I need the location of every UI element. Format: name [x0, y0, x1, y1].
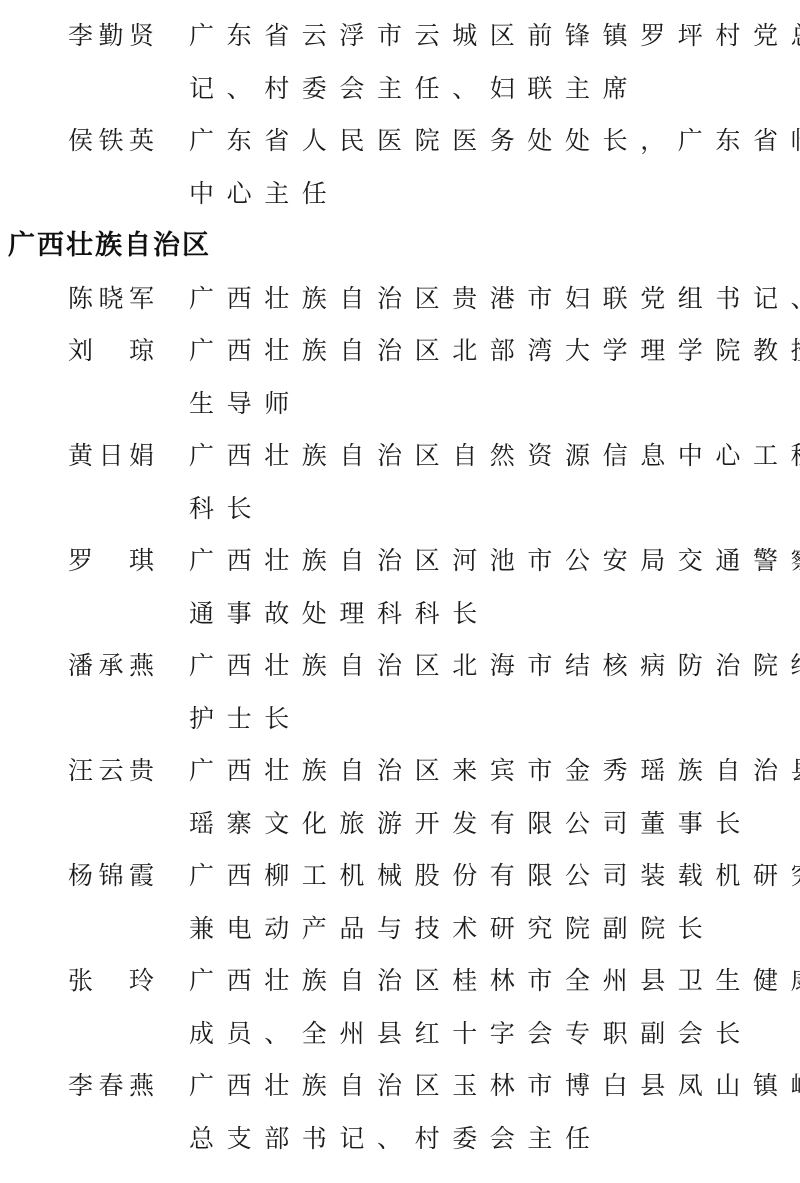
- name-char: 云: [98, 745, 123, 798]
- name-char: 铁: [98, 115, 123, 168]
- name-char: 黄: [68, 430, 93, 483]
- entry-line: 通事故处理科科长: [0, 588, 800, 641]
- name-char: 晓: [98, 273, 123, 326]
- person-title-continued: 记、村委会主任、妇联主席: [189, 63, 640, 116]
- person-title-continued: 通事故处理科科长: [189, 588, 490, 641]
- entry-line: 记、村委会主任、妇联主席: [0, 63, 800, 116]
- entry-line: 瑶寨文化旅游开发有限公司董事长: [0, 798, 800, 851]
- person-name: 罗 琪: [68, 535, 154, 588]
- entry-line: 成员、全州县红十字会专职副会长: [0, 1008, 800, 1061]
- name-char: 陈: [68, 273, 93, 326]
- name-char: 杨: [68, 850, 93, 903]
- person-title: 广西壮族自治区北海市结核病防治院结核病区: [189, 640, 800, 693]
- person-title-continued: 科长: [189, 483, 264, 536]
- name-char: 军: [129, 273, 154, 326]
- entry-line: 杨 锦 霞 广西柳工机械股份有限公司装载机研究院院长: [0, 850, 800, 903]
- name-char: 刘: [68, 325, 93, 378]
- entry-line: 罗 琪 广西壮族自治区河池市公安局交通警察支队交: [0, 535, 800, 588]
- person-name: 张 玲: [68, 955, 154, 1008]
- name-char: 汪: [68, 745, 93, 798]
- name-char: 勤: [98, 10, 123, 63]
- person-title: 广西壮族自治区自然资源信息中心工程服务科: [189, 430, 800, 483]
- entry: 侯 铁 英 广东省人民医院医务处处长，广东省临床检验 中心主任: [0, 115, 800, 220]
- name-char: 玲: [129, 955, 154, 1008]
- person-title: 广西柳工机械股份有限公司装载机研究院院长: [189, 850, 800, 903]
- person-title-continued: 成员、全州县红十字会专职副会长: [189, 1008, 753, 1061]
- entry: 刘 琼 广西壮族自治区北部湾大学理学院教授、硕士 生导师: [0, 325, 800, 430]
- entry-line: 黄 日 娟 广西壮族自治区自然资源信息中心工程服务科: [0, 430, 800, 483]
- entry-line: 侯 铁 英 广东省人民医院医务处处长，广东省临床检验: [0, 115, 800, 168]
- name-char: 霞: [129, 850, 154, 903]
- person-title: 广东省人民医院医务处处长，广东省临床检验: [189, 115, 800, 168]
- person-title: 广西壮族自治区河池市公安局交通警察支队交: [189, 535, 800, 588]
- name-char: 承: [98, 640, 123, 693]
- entry-line: 中心主任: [0, 168, 800, 221]
- entry: 张 玲 广西壮族自治区桂林市全州县卫生健康局党组 成员、全州县红十字会专职副会长: [0, 955, 800, 1060]
- person-name: 黄 日 娟: [68, 430, 154, 483]
- name-char: 张: [68, 955, 93, 1008]
- person-name: 侯 铁 英: [68, 115, 154, 168]
- name-char: 侯: [68, 115, 93, 168]
- entry-line: 李 勤 贤 广东省云浮市云城区前锋镇罗坪村党总支部书: [0, 10, 800, 63]
- entry-line: 生导师: [0, 378, 800, 431]
- name-char: 李: [68, 1060, 93, 1113]
- entry-line: 科长: [0, 483, 800, 536]
- person-name: 刘 琼: [68, 325, 154, 378]
- person-title-continued: 护士长: [189, 693, 302, 746]
- section-title: 广西壮族自治区: [0, 220, 800, 273]
- person-title: 广东省云浮市云城区前锋镇罗坪村党总支部书: [189, 10, 800, 63]
- name-char: 燕: [129, 640, 154, 693]
- document-page: 李 勤 贤 广东省云浮市云城区前锋镇罗坪村党总支部书 记、村委会主任、妇联主席 …: [0, 10, 800, 1165]
- name-char: 娟: [129, 430, 154, 483]
- person-title-continued: 瑶寨文化旅游开发有限公司董事长: [189, 798, 753, 851]
- person-name: 杨 锦 霞: [68, 850, 154, 903]
- person-title: 广西壮族自治区贵港市妇联党组书记、主席: [189, 273, 800, 326]
- person-name: 陈 晓 军: [68, 273, 154, 326]
- entry: 杨 锦 霞 广西柳工机械股份有限公司装载机研究院院长 兼电动产品与技术研究院副院…: [0, 850, 800, 955]
- name-char: 罗: [68, 535, 93, 588]
- entry: 潘 承 燕 广西壮族自治区北海市结核病防治院结核病区 护士长: [0, 640, 800, 745]
- entry: 李 勤 贤 广东省云浮市云城区前锋镇罗坪村党总支部书 记、村委会主任、妇联主席: [0, 10, 800, 115]
- name-char: 锦: [98, 850, 123, 903]
- entry-line: 张 玲 广西壮族自治区桂林市全州县卫生健康局党组: [0, 955, 800, 1008]
- entry: 陈 晓 军 广西壮族自治区贵港市妇联党组书记、主席: [0, 273, 800, 326]
- entry-line: 汪 云 贵 广西壮族自治区来宾市金秀瑶族自治县六段村: [0, 745, 800, 798]
- person-title: 广西壮族自治区玉林市博白县凤山镇峨嵋村党: [189, 1060, 800, 1113]
- person-title-continued: 中心主任: [189, 168, 339, 221]
- person-title-continued: 兼电动产品与技术研究院副院长: [189, 903, 715, 956]
- entry: 罗 琪 广西壮族自治区河池市公安局交通警察支队交 通事故处理科科长: [0, 535, 800, 640]
- name-char: 潘: [68, 640, 93, 693]
- name-char: 春: [98, 1060, 123, 1113]
- person-title: 广西壮族自治区北部湾大学理学院教授、硕士: [189, 325, 800, 378]
- name-char: 李: [68, 10, 93, 63]
- person-title-continued: 总支部书记、村委会主任: [189, 1113, 603, 1166]
- person-title-continued: 生导师: [189, 378, 302, 431]
- name-char: 燕: [129, 1060, 154, 1113]
- person-title: 广西壮族自治区来宾市金秀瑶族自治县六段村: [189, 745, 800, 798]
- person-title: 广西壮族自治区桂林市全州县卫生健康局党组: [189, 955, 800, 1008]
- entry: 汪 云 贵 广西壮族自治区来宾市金秀瑶族自治县六段村 瑶寨文化旅游开发有限公司董…: [0, 745, 800, 850]
- person-name: 汪 云 贵: [68, 745, 154, 798]
- name-char: 贤: [129, 10, 154, 63]
- person-name: 李 春 燕: [68, 1060, 154, 1113]
- name-char: 日: [98, 430, 123, 483]
- entry-line: 总支部书记、村委会主任: [0, 1113, 800, 1166]
- name-char: 英: [129, 115, 154, 168]
- entry-line: 兼电动产品与技术研究院副院长: [0, 903, 800, 956]
- name-char: 琼: [129, 325, 154, 378]
- person-name: 潘 承 燕: [68, 640, 154, 693]
- entry-line: 陈 晓 军 广西壮族自治区贵港市妇联党组书记、主席: [0, 273, 800, 326]
- entry-line: 李 春 燕 广西壮族自治区玉林市博白县凤山镇峨嵋村党: [0, 1060, 800, 1113]
- entry: 黄 日 娟 广西壮族自治区自然资源信息中心工程服务科 科长: [0, 430, 800, 535]
- person-name: 李 勤 贤: [68, 10, 154, 63]
- entry: 李 春 燕 广西壮族自治区玉林市博白县凤山镇峨嵋村党 总支部书记、村委会主任: [0, 1060, 800, 1165]
- entry-line: 刘 琼 广西壮族自治区北部湾大学理学院教授、硕士: [0, 325, 800, 378]
- name-char: 琪: [129, 535, 154, 588]
- name-char: 贵: [129, 745, 154, 798]
- entry-line: 护士长: [0, 693, 800, 746]
- entry-line: 潘 承 燕 广西壮族自治区北海市结核病防治院结核病区: [0, 640, 800, 693]
